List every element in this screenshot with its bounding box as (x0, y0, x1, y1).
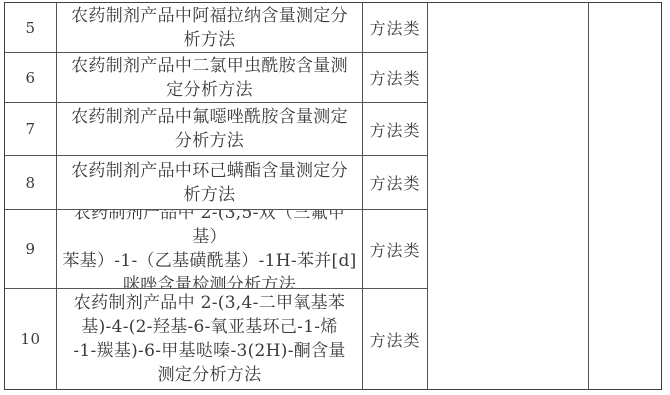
row-number-cell: 5 (5, 3, 57, 53)
row-number-cell: 9 (5, 210, 57, 289)
methods-table: 5 农药制剂产品中阿福拉纳含量测定分 析方法 方法类 6 农药制剂产品中二氯甲虫… (4, 2, 662, 390)
method-category-cell: 方法类 (363, 53, 428, 103)
method-category-cell: 方法类 (363, 210, 428, 289)
method-name-cell: 农药制剂产品中阿福拉纳含量测定分 析方法 (57, 3, 363, 53)
row-number-cell: 6 (5, 53, 57, 103)
document-page: 5 农药制剂产品中阿福拉纳含量测定分 析方法 方法类 6 农药制剂产品中二氯甲虫… (0, 0, 670, 395)
method-name-cell: 农药制剂产品中 2-(3,5-双（三氟甲基） 苯基）-1-（乙基磺酰基）-1H-… (57, 210, 363, 289)
method-name-cell: 农药制剂产品中环己螨酯含量测定分 析方法 (57, 156, 363, 210)
method-name-cell: 农药制剂产品中 2-(3,4-二甲氧基苯 基)-4-(2-羟基-6-氧亚基环己-… (57, 289, 363, 389)
row-number-cell: 8 (5, 156, 57, 210)
method-category-cell: 方法类 (363, 156, 428, 210)
merged-empty-cell-1 (428, 3, 589, 389)
row-number-cell: 7 (5, 103, 57, 156)
method-category-cell: 方法类 (363, 289, 428, 389)
row-number-cell: 10 (5, 289, 57, 389)
method-name-cell: 农药制剂产品中二氯甲虫酰胺含量测 定分析方法 (57, 53, 363, 103)
method-category-cell: 方法类 (363, 103, 428, 156)
merged-empty-cell-2 (589, 3, 661, 389)
method-name-cell: 农药制剂产品中氟噁唑酰胺含量测定 分析方法 (57, 103, 363, 156)
method-category-cell: 方法类 (363, 3, 428, 53)
